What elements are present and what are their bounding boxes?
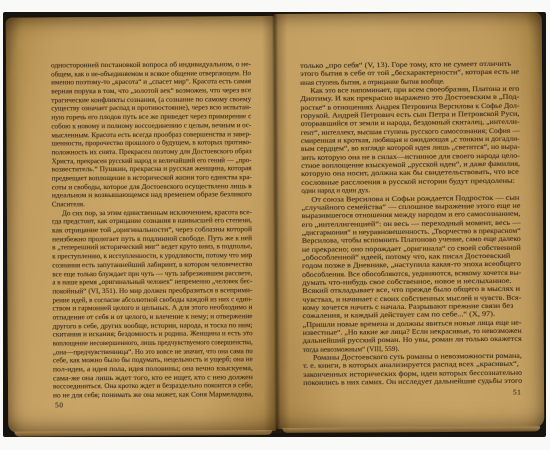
page-number-right: 51 — [513, 388, 521, 396]
page-number-left: 50 — [55, 401, 63, 409]
open-book: односторонней постановкой вопроса об инд… — [6, 12, 545, 434]
text-line: но не для себя; понимать же она может, к… — [53, 390, 253, 400]
right-page-text: только „про себя“ (V, 13). Горе тому, кт… — [300, 60, 522, 388]
left-page-text: односторонней постановкой вопроса об инд… — [51, 60, 253, 400]
